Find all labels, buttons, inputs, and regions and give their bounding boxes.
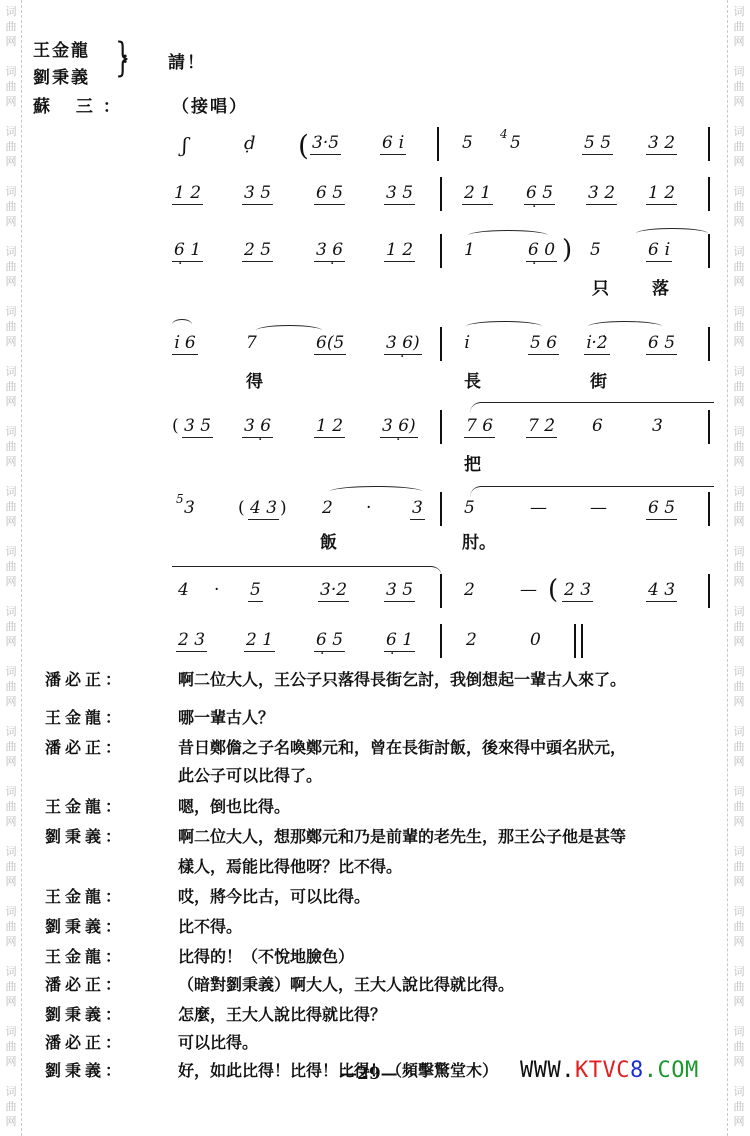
watermark-glyphs: 词曲网 (2, 124, 20, 169)
score-row-4: i̇ 6 7 6(5 3 6)· i̇ 5 6 i̇·2̇ 6 5 得 長 街 (170, 333, 715, 373)
speaker-name: 潘必正： (45, 972, 155, 995)
watermark-glyphs: 词曲网 (2, 724, 20, 769)
site-brand-8: 8 (630, 1058, 644, 1083)
speaker-name: 王金龍： (45, 944, 155, 967)
score-row-2: 1 2 3 5 6 5 3 5 2 1 6 5· 3 2 1 2 (170, 183, 715, 223)
watermark-glyphs: 词曲网 (2, 904, 20, 949)
watermark-glyphs: 词曲网 (2, 664, 20, 709)
watermark-glyphs: 词曲网 (730, 1084, 748, 1129)
watermark-glyphs: 词曲网 (2, 4, 20, 49)
dialog-text: 哪一輩古人？ (178, 705, 738, 728)
watermark-glyphs: 词曲网 (730, 124, 748, 169)
lyric: 落 (652, 274, 669, 299)
speaker-name: 潘必正： (45, 1030, 155, 1053)
watermark-glyphs: 词曲网 (2, 1084, 20, 1129)
lyric: 肘。 (462, 528, 496, 553)
dialog-text: （暗對劉秉義）啊大人，王大人說比得就比得。 (178, 972, 738, 995)
lyric: 飯 (320, 528, 337, 553)
watermark-glyphs: 词曲网 (730, 304, 748, 349)
watermark-glyphs: 词曲网 (730, 244, 748, 289)
speaker-name: 劉秉義： (45, 1002, 155, 1025)
joint-speaker-1: 王金龍 (33, 36, 90, 61)
score-row-5: ( 3 5 3 6· 1 2 3 6)· 7 6 7 2̇ 6 3 把 (170, 416, 715, 456)
watermark-glyphs: 词曲网 (730, 544, 748, 589)
joint-speaker-2: 劉秉義 (33, 63, 90, 88)
left-watermark-column: 词曲网词曲网词曲网词曲网词曲网词曲网词曲网词曲网词曲网词曲网词曲网词曲网词曲网词… (0, 0, 22, 1136)
watermark-glyphs: 词曲网 (2, 784, 20, 829)
watermark-glyphs: 词曲网 (730, 484, 748, 529)
joint-line: 請！ (168, 48, 206, 73)
lyric: 街 (590, 367, 607, 392)
score-row-8: 2 3 2 1 6 5· 6 1· 2 0 (170, 630, 715, 670)
dialog-text: 啊二位大人，想那鄭元和乃是前輩的老先生，那王公子他是甚等 (178, 824, 738, 847)
speaker-name: 王金龍： (45, 794, 155, 817)
dialog-text: 可以比得。 (178, 1030, 738, 1053)
left-dashed-border (21, 0, 22, 1136)
page-number: —29— (340, 1064, 398, 1084)
dialog-text: 昔日鄭儋之子名喚鄭元和，曾在長街討飯，後來得中頭名狀元， (178, 735, 738, 758)
watermark-glyphs: 词曲网 (2, 604, 20, 649)
speaker-name: 劉秉義： (45, 824, 155, 847)
speaker-name: 劉秉義： (45, 914, 155, 937)
watermark-glyphs: 词曲网 (2, 64, 20, 109)
watermark-glyphs: 词曲网 (730, 424, 748, 469)
dialog-text: 哎，將今比古，可以比得。 (178, 884, 738, 907)
speaker-name: 劉秉義： (45, 1058, 155, 1081)
colon: : (122, 48, 130, 68)
score-row-3: 6 1· 2 5 3 6· 1 2 1 6 0· ) 5 6 i̇ 只 落 (170, 240, 715, 280)
dialog-text: 啊二位大人，王公子只落得長街乞討，我倒想起一輩古人來了。 (178, 667, 738, 690)
speaker-name: 王金龍： (45, 884, 155, 907)
speaker-name: 潘必正： (45, 667, 155, 690)
note-d: ḍ (244, 133, 256, 154)
speaker-name: 王金龍： (45, 705, 155, 728)
singer-name: 蘇 三： (33, 92, 130, 117)
forte-mark: ʃ (182, 133, 187, 157)
watermark-glyphs: 词曲网 (730, 604, 748, 649)
watermark-glyphs: 词曲网 (2, 304, 20, 349)
dialog-text: 比得的！（不悅地臉色） (178, 944, 738, 967)
watermark-glyphs: 词曲网 (2, 484, 20, 529)
score-row-1: ʃ ḍ ( 3·5 6 i̇ 5 4 5 5 5 3 2 (170, 133, 715, 173)
watermark-glyphs: 词曲网 (2, 844, 20, 889)
lyric: 只 (592, 274, 609, 299)
lyric: 長 (464, 367, 481, 392)
watermark-glyphs: 词曲网 (2, 424, 20, 469)
watermark-glyphs: 词曲网 (2, 544, 20, 589)
site-watermark: WWW.KTVC8.COM (520, 1058, 699, 1083)
dialog-text: 樣人，焉能比得他呀？比不得。 (178, 854, 738, 877)
site-brand-c: C (616, 1058, 630, 1083)
watermark-glyphs: 词曲网 (2, 964, 20, 1009)
watermark-glyphs: 词曲网 (730, 184, 748, 229)
stage-direction: （接唱） (172, 92, 248, 117)
dialog-text: 此公子可以比得了。 (178, 763, 738, 786)
site-prefix: WWW. (520, 1058, 575, 1083)
watermark-glyphs: 词曲网 (2, 184, 20, 229)
lyric: 把 (464, 450, 481, 475)
speaker-name: 潘必正： (45, 735, 155, 758)
site-suffix: .COM (644, 1058, 699, 1083)
site-brand-ktv: KTV (575, 1058, 616, 1083)
dialog-text: 比不得。 (178, 914, 738, 937)
score-row-6: 5 3 ( 4 3 ) 2 · 3 5 — — 6 5 飯 肘。 (170, 498, 715, 538)
lyric: 得 (246, 367, 263, 392)
score-row-7: 4 · 5 3·2 3 5 2 — ( 2 3 4 3 (170, 580, 715, 620)
watermark-glyphs: 词曲网 (730, 64, 748, 109)
watermark-glyphs: 词曲网 (2, 244, 20, 289)
watermark-glyphs: 词曲网 (730, 4, 748, 49)
dialog-text: 怎麼，王大人說比得就比得？ (178, 1002, 738, 1025)
watermark-glyphs: 词曲网 (2, 1024, 20, 1069)
dialog-text: 嗯，倒也比得。 (178, 794, 738, 817)
watermark-glyphs: 词曲网 (2, 364, 20, 409)
watermark-glyphs: 词曲网 (730, 364, 748, 409)
